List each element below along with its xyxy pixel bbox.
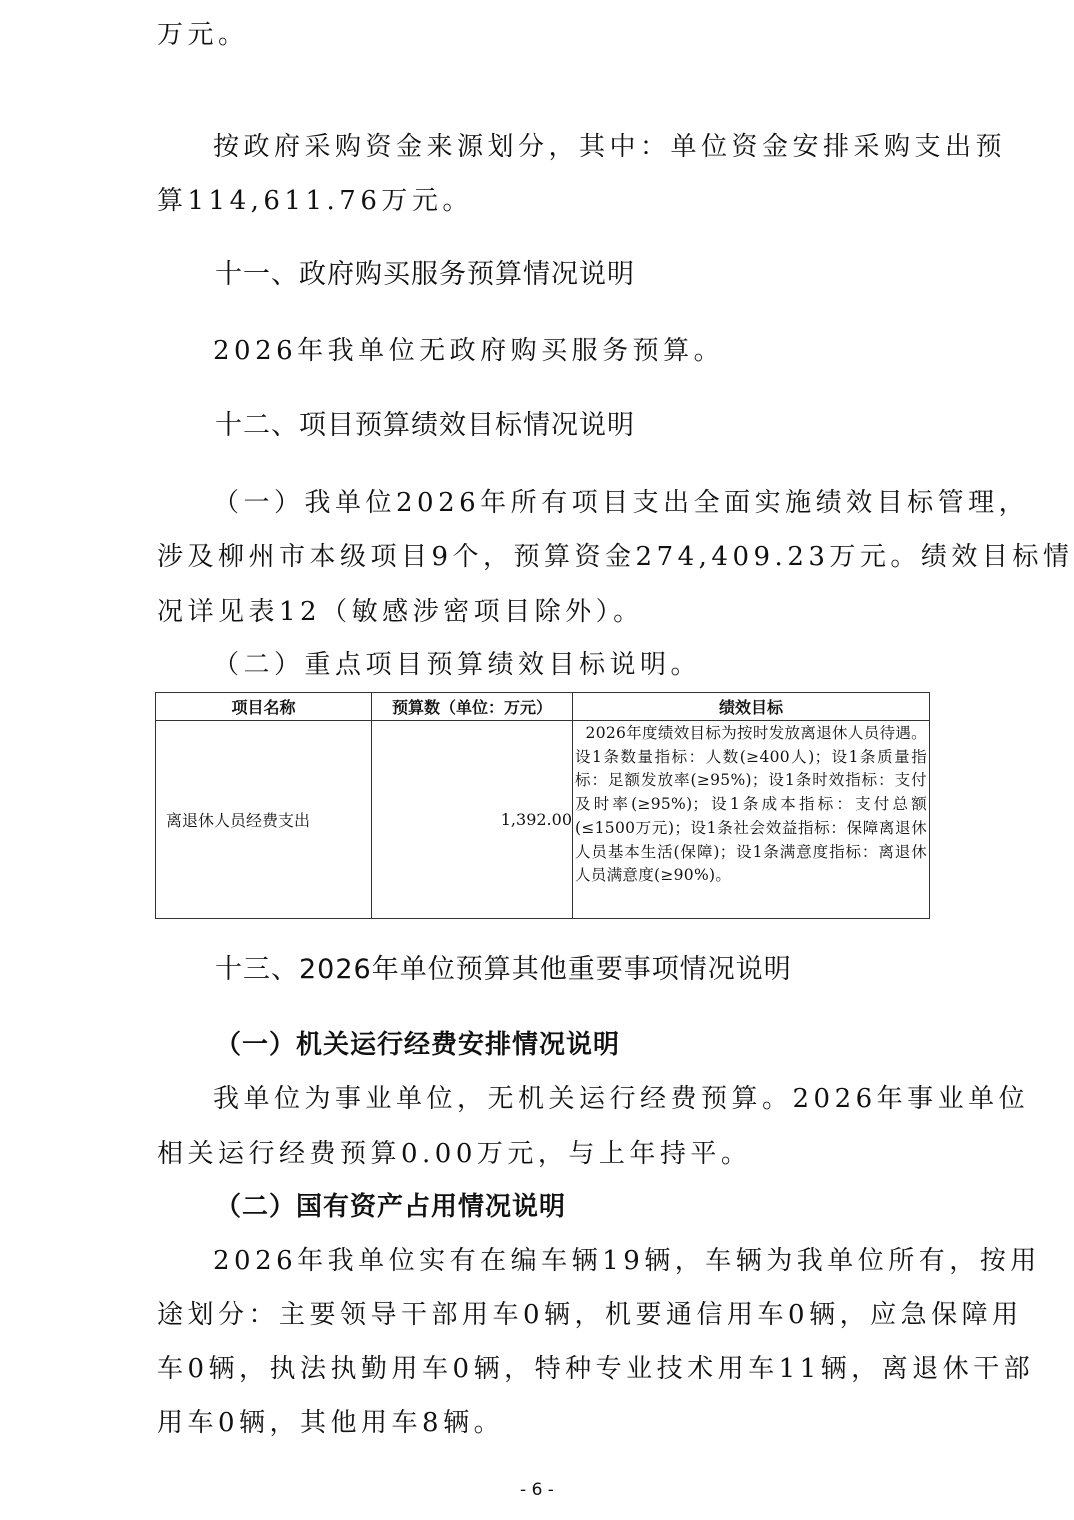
paragraph-line: （一）我单位2026年所有项目支出全面实施绩效目标管理，: [213, 488, 1029, 518]
table-row: 离退休人员经费支出 1,392.00 2026年度绩效目标为按时发放离退休人员待…: [156, 721, 930, 919]
page-number: - 6 -: [0, 1480, 1074, 1500]
section-heading-13: 十三、2026年单位预算其他重要事项情况说明: [215, 955, 792, 985]
paragraph-line: 2026年我单位实有在编车辆19辆，车辆为我单位所有，按用: [213, 1246, 1041, 1276]
cell-project-name: 离退休人员经费支出: [156, 721, 372, 919]
paragraph-line: 相关运行经费预算0.00万元，与上年持平。: [157, 1139, 751, 1169]
cell-budget-amount: 1,392.00: [372, 721, 573, 919]
paragraph-line: 算114,611.76万元。: [157, 186, 473, 216]
cell-performance-goal: 2026年度绩效目标为按时发放离退休人员待遇。设1条数量指标：人数(≥400人)…: [573, 721, 930, 919]
paragraph-line: 车0辆，执法执勤用车0辆，特种专业技术用车11辆，离退休干部: [157, 1354, 1034, 1384]
subsection-heading-1: （一）机关运行经费安排情况说明: [215, 1030, 620, 1060]
header-performance-goal: 绩效目标: [573, 693, 930, 721]
performance-goal-table: 项目名称 预算数（单位：万元） 绩效目标 离退休人员经费支出 1,392.00 …: [155, 692, 930, 919]
header-budget-amount: 预算数（单位：万元）: [372, 693, 573, 721]
header-project-name: 项目名称: [156, 693, 372, 721]
table-header-row: 项目名称 预算数（单位：万元） 绩效目标: [156, 693, 930, 721]
section-heading-11: 十一、政府购买服务预算情况说明: [215, 260, 635, 290]
paragraph-line: 按政府采购资金来源划分，其中：单位资金安排采购支出预: [213, 132, 1006, 162]
paragraph-line: 我单位为事业单位，无机关运行经费预算。2026年事业单位: [213, 1084, 1029, 1114]
paragraph-line: 用车0辆，其他用车8辆。: [157, 1408, 504, 1438]
paragraph-line: 途划分：主要领导干部用车0辆，机要通信用车0辆，应急保障用: [157, 1300, 1023, 1330]
paragraph-line: （二）重点项目预算绩效目标说明。: [213, 650, 701, 680]
paragraph-line: 况详见表12（敏感涉密项目除外）。: [157, 597, 644, 627]
subsection-heading-2: （二）国有资产占用情况说明: [215, 1192, 566, 1222]
section-heading-12: 十二、项目预算绩效目标情况说明: [215, 411, 635, 441]
paragraph-line: 万元。: [157, 20, 249, 50]
paragraph-line: 涉及柳州市本级项目9个，预算资金274,409.23万元。绩效目标情: [157, 542, 1073, 572]
paragraph-line: 2026年我单位无政府购买服务预算。: [213, 336, 724, 366]
